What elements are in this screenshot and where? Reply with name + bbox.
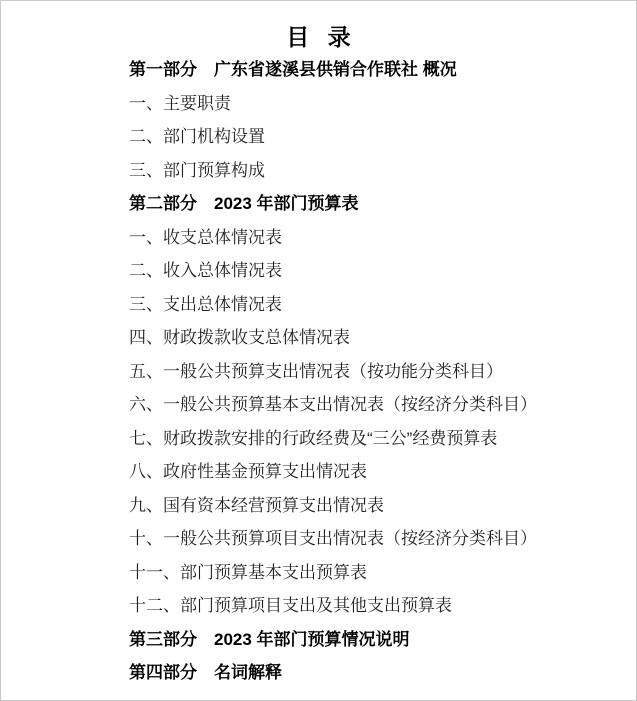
toc-item: 二、部门机构设置: [129, 120, 636, 154]
page-title: 目 录: [1, 1, 636, 50]
toc-list: 第一部分 广东省遂溪县供销合作联社 概况一、主要职责二、部门机构设置三、部门预算…: [129, 53, 636, 690]
toc-item: 四、财政拨款收支总体情况表: [129, 321, 636, 355]
toc-section-heading: 第三部分 2023 年部门预算情况说明: [129, 623, 636, 657]
toc-item: 十二、部门预算项目支出及其他支出预算表: [129, 589, 636, 623]
toc-item: 十一、部门预算基本支出预算表: [129, 556, 636, 590]
toc-section-heading: 第四部分 名词解释: [129, 656, 636, 690]
toc-item: 八、政府性基金预算支出情况表: [129, 455, 636, 489]
toc-item: 三、支出总体情况表: [129, 288, 636, 322]
toc-item: 十、一般公共预算项目支出情况表（按经济分类科目）: [129, 522, 636, 556]
toc-item: 九、国有资本经营预算支出情况表: [129, 489, 636, 523]
toc-item: 一、主要职责: [129, 87, 636, 121]
toc-item: 一、收支总体情况表: [129, 221, 636, 255]
toc-section-heading: 第一部分 广东省遂溪县供销合作联社 概况: [129, 53, 636, 87]
toc-section-heading: 第二部分 2023 年部门预算表: [129, 187, 636, 221]
toc-item: 五、一般公共预算支出情况表（按功能分类科目）: [129, 355, 636, 389]
toc-item: 七、财政拨款安排的行政经费及“三公”经费预算表: [129, 422, 636, 456]
toc-item: 二、收入总体情况表: [129, 254, 636, 288]
document-page: 目 录 第一部分 广东省遂溪县供销合作联社 概况一、主要职责二、部门机构设置三、…: [0, 0, 637, 701]
toc-item: 六、一般公共预算基本支出情况表（按经济分类科目）: [129, 388, 636, 422]
toc-item: 三、部门预算构成: [129, 154, 636, 188]
